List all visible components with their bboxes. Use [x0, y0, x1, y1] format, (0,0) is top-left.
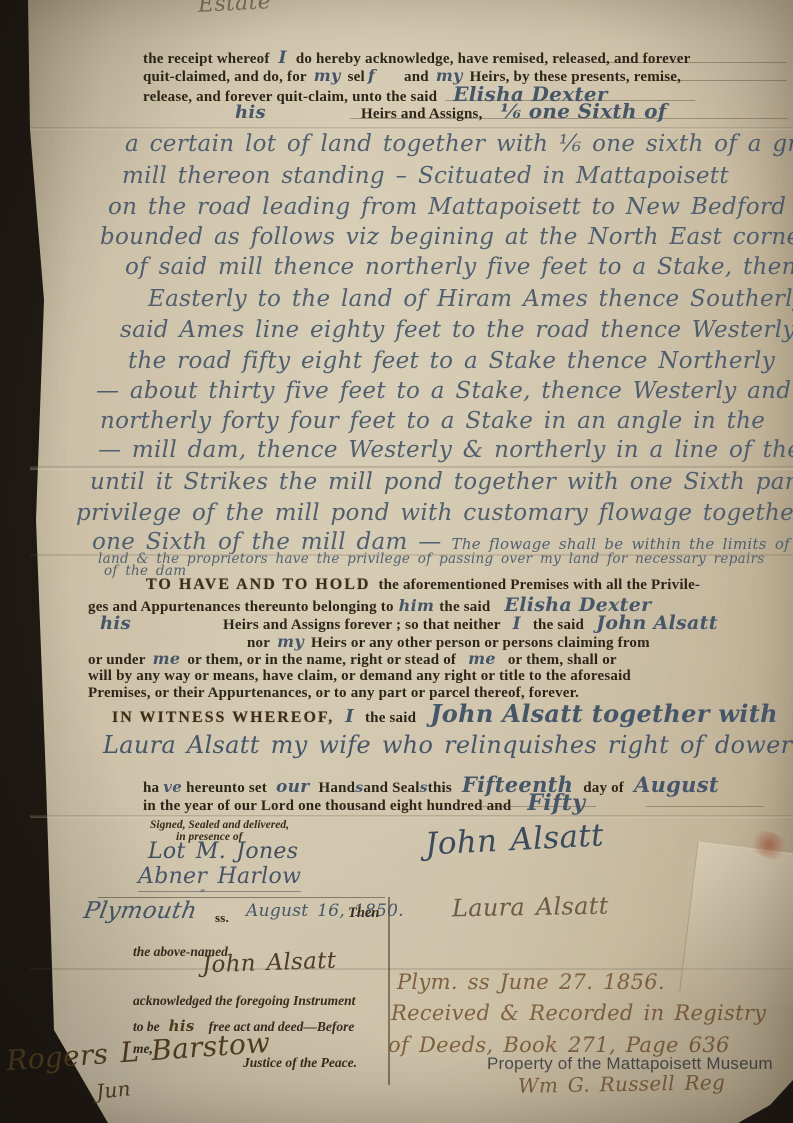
printed-line-receipt: the receipt whereofIdo hereby acknowledg…: [143, 49, 690, 68]
handwritten-body-line: said Ames line eighty feet to the road t…: [120, 317, 793, 343]
print-text: the receipt whereof: [143, 51, 270, 67]
handwritten-small-line: land & the proprietors have the privileg…: [98, 551, 765, 567]
handwritten-month: August: [634, 776, 719, 794]
printed-justice-of-peace: Justice of the Peace.: [243, 1055, 357, 1071]
handwritten-body-line: the road fifty eight feet to a Stake the…: [128, 348, 775, 374]
wife-signature: Laura Alsatt: [452, 892, 609, 923]
print-text: or them, or in the name, right or stead …: [187, 652, 456, 668]
print-text: the said: [533, 617, 584, 633]
print-text: Heirs and Assigns forever ; so that neit…: [223, 617, 501, 633]
attestation-line-1: Signed, Sealed and delivered,: [150, 819, 289, 831]
handwritten-I: I: [345, 708, 354, 726]
handwritten-body-line: — mill dam, thence Westerly & northerly …: [98, 437, 793, 463]
handwritten-body-line: on the road leading from Mattapoisett to…: [108, 194, 786, 220]
handwritten-body-line: a certain lot of land together with ⅙ on…: [125, 131, 793, 157]
recording-line-2: Received & Recorded in Registry: [391, 1001, 766, 1025]
folded-corner: [679, 841, 793, 1005]
printed-habendum-1: TO HAVE AND TO HOLDthe aforementioned Pr…: [146, 576, 700, 594]
print-text: ges and Appurtenances thereunto belongin…: [88, 599, 394, 615]
handwritten-ack-date: August 16, 1850.: [246, 901, 404, 921]
handwritten-county: Plymouth: [82, 898, 199, 924]
grantor-ack-signature: John Alsatt: [202, 948, 337, 979]
witness-signature-2: Abner Harlow: [138, 864, 301, 892]
ditto-mark: ″: [200, 888, 206, 904]
handwritten-year: Fifty: [527, 794, 585, 812]
printed-habendum-3: hisHeirs and Assigns forever ; so that n…: [100, 614, 718, 634]
handwritten-body-line: northerly forty four feet to a Stake in …: [100, 408, 765, 434]
printed-witness-1: IN WITNESS WHEREOF,Ithe saidJohn Alsatt …: [112, 705, 778, 727]
printed-habendum-6: will by any way or means, have claim, or…: [88, 667, 631, 685]
handwritten-his: his: [235, 104, 266, 122]
witness-signature-1: Lot M. Jones: [148, 839, 298, 864]
handwritten-share: ⅙ one Sixth of: [501, 102, 667, 120]
print-text: to be: [133, 1019, 160, 1034]
print-text: the aforementioned Premises with all the…: [378, 577, 700, 593]
handwritten-body-line: mill thereon standing – Scituated in Mat…: [122, 163, 729, 189]
handwritten-his: his: [100, 615, 131, 633]
printed-habendum-2: ges and Appurtenances thereunto belongin…: [88, 596, 651, 616]
print-text: Heirs and Assigns,: [361, 106, 483, 122]
registrar-signature: Wm G. Russell Reg: [518, 1070, 725, 1098]
print-text: in the year of our Lord one thousand eig…: [143, 798, 511, 814]
handwritten-body-line: until it Strikes the mill pond together …: [90, 469, 793, 495]
handwritten-body-line: — about thirty five feet to a Stake, the…: [96, 378, 791, 404]
handwritten-body-line: bounded as follows viz begining at the N…: [100, 224, 793, 250]
print-text: or under: [88, 652, 146, 668]
handwritten-grantor-phrase: John Alsatt together with: [430, 705, 778, 723]
print-text: the said: [365, 710, 416, 726]
handwritten-me: me: [153, 650, 181, 668]
form-rule: [646, 806, 764, 807]
print-text: and: [404, 69, 429, 85]
handwritten-him: him: [399, 597, 435, 615]
print-text: nor: [247, 635, 270, 651]
handwritten-body-line: privilege of the mill pond with customar…: [76, 500, 793, 526]
handwritten-grantor-name: John Alsatt: [596, 614, 718, 632]
handwritten-my: my: [314, 67, 341, 85]
handwritten-I: I: [513, 615, 521, 633]
handwritten-f: f: [368, 67, 375, 85]
print-text: quit-claimed, and do, for: [143, 69, 307, 85]
print-text: the said: [439, 599, 490, 615]
printed-line-heirs: hisHeirs and Assigns,⅙ one Sixth of: [235, 102, 667, 123]
handwritten-me: me: [468, 650, 496, 668]
handwritten-my: my: [277, 633, 304, 651]
print-text: do hereby acknowledge, have remised, rel…: [296, 51, 691, 67]
witness-heading: IN WITNESS WHEREOF,: [112, 709, 334, 726]
printed-ss: ss.: [215, 909, 229, 927]
habendum-heading: TO HAVE AND TO HOLD: [146, 576, 370, 593]
printed-acknowledged: acknowledged the foregoing Instrument: [133, 993, 355, 1009]
printed-then: Then: [348, 905, 379, 922]
handwritten-wife-phrase: Laura Alsatt my wife who relinquishes ri…: [103, 731, 792, 759]
print-text: day of: [583, 780, 624, 796]
handwritten-I: I: [279, 49, 287, 67]
recording-line-1: Plym. ss June 27. 1856.: [397, 970, 665, 994]
print-text: or them, shall or: [508, 652, 617, 668]
handwritten-body-line: of said mill thence northerly five feet …: [125, 254, 793, 280]
deed-scan-page: Estate the receipt whereofIdo hereby ack…: [0, 0, 793, 1123]
justice-signature-suffix: Jun: [95, 1076, 132, 1103]
printed-witness-4: in the year of our Lord one thousand eig…: [143, 794, 585, 815]
handwritten-body-line: Easterly to the land of Hiram Ames thenc…: [148, 286, 793, 312]
print-text: sel: [348, 69, 365, 85]
museum-watermark: Property of the Mattapoisett Museum: [487, 1054, 773, 1074]
